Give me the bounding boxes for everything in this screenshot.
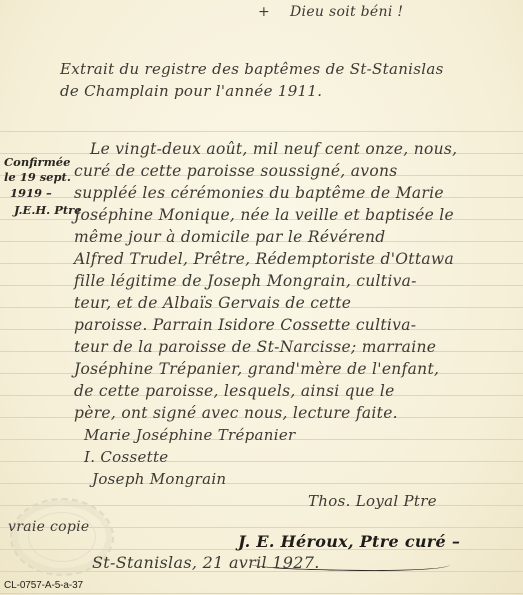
body-line: de cette paroisse, lesquels, ainsi que l… [74, 382, 395, 400]
margin-note-line: le 19 sept. [4, 170, 71, 184]
cross-icon: + [258, 4, 270, 20]
signature-father: Joseph Mongrain [92, 470, 226, 488]
archive-reference-code: CL-0757-A-5-a-37 [4, 580, 83, 591]
title-line-2: de Champlain pour l'année 1911. [60, 82, 322, 100]
body-line: curé de cette paroisse soussigné, avons [74, 162, 398, 180]
body-line: fille légitime de Joseph Mongrain, culti… [74, 272, 417, 290]
signature-marraine: Marie Joséphine Trépanier [84, 426, 296, 444]
place-date: St-Stanislas, 21 avril 1927. [92, 553, 320, 572]
margin-note-line: Confirmée [4, 155, 70, 169]
body-line: Joséphine Monique, née la veille et bapt… [74, 206, 454, 224]
cure-signature: J. E. Héroux, Ptre curé – [238, 532, 460, 551]
body-line: teur, et de Albaïs Gervais de cette [74, 294, 351, 312]
body-line: Joséphine Trépanier, grand'mère de l'enf… [74, 360, 439, 378]
body-line: Alfred Trudel, Prêtre, Rédemptoriste d'O… [74, 250, 454, 268]
body-line: teur de la paroisse de St-Narcisse; marr… [74, 338, 436, 356]
body-line: paroisse. Parrain Isidore Cossette culti… [74, 316, 416, 334]
header-blessing: +Dieu soit béni ! [258, 4, 403, 20]
margin-note-line: 1919 – [10, 186, 52, 200]
margin-note-line: J.E.H. Ptre [14, 203, 82, 217]
signature-parrain: I. Cossette [84, 448, 168, 466]
true-copy-note: vraie copie [8, 519, 89, 535]
body-line: suppléé les cérémonies du baptême de Mar… [74, 184, 444, 202]
body-line: Le vingt-deux août, mil neuf cent onze, … [90, 140, 457, 158]
body-line: père, ont signé avec nous, lecture faite… [74, 404, 398, 422]
body-line: même jour à domicile par le Révérend [74, 228, 386, 246]
title-line-1: Extrait du registre des baptêmes de St-S… [60, 60, 444, 78]
register-extract-page: +Dieu soit béni ! Extrait du registre de… [0, 0, 523, 595]
blessing-text: Dieu soit béni ! [290, 4, 403, 20]
signature-priest: Thos. Loyal Ptre [308, 492, 437, 510]
